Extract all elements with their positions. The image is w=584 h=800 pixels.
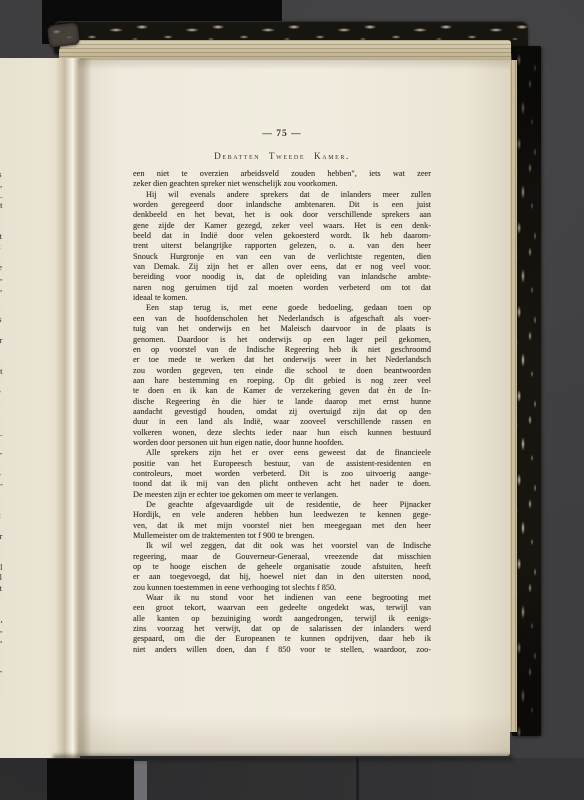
edge-fragment: l- <box>0 470 10 480</box>
edge-fragment: g <box>0 222 10 232</box>
edge-fragment: ij <box>0 687 10 697</box>
body-line: duur in een land als Indië, waar zooveel… <box>133 417 431 427</box>
edge-fragment: n <box>0 253 10 263</box>
edge-fragment: h <box>0 656 10 666</box>
edge-fragment: nt <box>0 201 10 211</box>
edge-fragment: at <box>0 232 10 242</box>
edge-fragment: er <box>0 532 10 542</box>
edge-fragment: d, <box>0 180 10 190</box>
edge-fragment: nl <box>0 563 10 573</box>
edge-fragment: ls <box>0 170 10 180</box>
edge-fragment <box>0 739 10 749</box>
page-text-block: — 75 — Debatten Tweede Kamer. een niet t… <box>133 128 431 655</box>
body-line: zou worden gegeven, ten einde die school… <box>133 366 431 376</box>
edge-fragment: n <box>0 460 10 470</box>
edge-fragment <box>0 604 10 614</box>
edge-fragment: n <box>0 418 10 428</box>
body-line: worden door personen uit hun eigen natie… <box>133 438 431 448</box>
edge-fragment: n <box>0 542 10 552</box>
left-page-edge-text: lsd,n.ntkgatitnlep,o, nis eranotdl-n ng.… <box>0 170 10 749</box>
edge-fragment: e- <box>0 449 10 459</box>
edge-fragment: p, <box>0 273 10 283</box>
body-line: alle kanten op bezuiniging wordt aangedr… <box>133 614 431 624</box>
page-number: — 75 — <box>133 128 431 140</box>
edge-fragment: el <box>0 573 10 583</box>
page-body: een niet te overzien arbeidsveld zouden … <box>133 169 431 655</box>
body-line: bereiding voor noodig is, dat de opleidi… <box>133 272 431 282</box>
book-page: — 75 — Debatten Tweede Kamer. een niet t… <box>77 60 510 756</box>
body-line: volkeren wonen, deze slechts ieder naar … <box>133 428 431 438</box>
body-line: toond dat ik mij van den plicht ontheven… <box>133 479 431 489</box>
edge-fragment: o- <box>0 480 10 490</box>
edge-fragment: n <box>0 439 10 449</box>
edge-fragment: le <box>0 263 10 273</box>
edge-fragment: et <box>0 584 10 594</box>
edge-fragment: k <box>0 501 10 511</box>
edge-fragment: a- <box>0 667 10 677</box>
edge-fragment: it <box>0 511 10 521</box>
edge-fragment: o, <box>0 284 10 294</box>
body-line: Mullemeister om de traktementen tot f 90… <box>133 531 431 541</box>
edge-fragment: g, <box>0 635 10 645</box>
edge-fragment: n <box>0 646 10 656</box>
body-line: er aan toegevoegd, dat hij, hoewel niet … <box>133 572 431 582</box>
body-line: De geachte afgevaardigde uit de resident… <box>133 500 431 510</box>
edge-fragment <box>0 729 10 739</box>
body-line: Snouck Hurgronje en van een van de verli… <box>133 252 431 262</box>
body-line: genomen. Daardoor is het onderwijs op ee… <box>133 335 431 345</box>
body-line: worden geregeerd door inlandsche ambtena… <box>133 200 431 210</box>
body-line: er toe mede te werken dat het onderwijs … <box>133 355 431 365</box>
edge-fragment: n <box>0 677 10 687</box>
body-line: gene zijde der Kamer gezegd, zeker veel … <box>133 221 431 231</box>
body-line: tuig van het onderwijs en het Maleisch d… <box>133 324 431 334</box>
body-line: Hij wil evenals andere sprekers dat de i… <box>133 190 431 200</box>
cover-gap-shadow-bottom <box>47 759 134 800</box>
body-line: regeering, maar de Gouverneur-Generaal, … <box>133 552 431 562</box>
book-scan-photo: lsd,n.ntkgatitnlep,o, nis eranotdl-n ng.… <box>0 0 584 800</box>
body-line: op te hooge eischen de geheele organisat… <box>133 562 431 572</box>
body-line: ven, dat ik met mijn voorstel niet ben m… <box>133 521 431 531</box>
body-line: aandacht gevestigd houden, omdat zij ove… <box>133 407 431 417</box>
edge-fragment: r <box>0 522 10 532</box>
edge-fragment: g. <box>0 429 10 439</box>
body-line: denkbeeld en het bevat, het is ook door … <box>133 210 431 220</box>
edge-fragment: l- <box>0 387 10 397</box>
body-line: een groot tekort, waarvan een gedeelte o… <box>133 603 431 613</box>
body-line: aan hare bestemming en roeping. Op dit g… <box>133 376 431 386</box>
body-line: zeker dien geachten spreker niet wensche… <box>133 179 431 189</box>
spine-headband <box>47 22 80 48</box>
edge-fragment <box>0 708 10 718</box>
edge-fragment: n <box>0 356 10 366</box>
page-bottom-shadow <box>53 753 513 763</box>
body-line: Ik wil wel zeggen, dat dit ook was het v… <box>133 541 431 551</box>
edge-fragment <box>0 408 10 418</box>
edge-fragment: n <box>0 304 10 314</box>
edge-fragment: ij, <box>0 615 10 625</box>
section-heading: Debatten Tweede Kamer. <box>133 150 431 162</box>
edge-fragment: ot <box>0 367 10 377</box>
facing-page-edge: lsd,n.ntkgatitnlep,o, nis eranotdl-n ng.… <box>0 58 80 758</box>
edge-fragment: n <box>0 491 10 501</box>
body-line: niet anders willen doen, dan f 850 voor … <box>133 645 431 655</box>
edge-fragment: n <box>0 398 10 408</box>
edge-fragment <box>0 294 10 304</box>
edge-fragment: ö, <box>0 625 10 635</box>
cradle-strip <box>134 761 147 800</box>
body-line: Waar ik nu stond voor het indienen van e… <box>133 593 431 603</box>
body-line: ideaal te komen. <box>133 293 431 303</box>
edge-fragment: n <box>0 553 10 563</box>
body-line: De meesten zijn er echter toe gekomen om… <box>133 490 431 500</box>
edge-fragment: er <box>0 336 10 346</box>
cradle-seam-line <box>356 758 359 800</box>
body-line: positie van het Europeesch bestuur, van … <box>133 459 431 469</box>
edge-fragment <box>0 718 10 728</box>
body-line: Alle sprekers zijn het er over eens gewe… <box>133 448 431 458</box>
edge-fragment <box>0 698 10 708</box>
body-line: beeld dat in Indië door velen gekoesterd… <box>133 231 431 241</box>
body-line: een niet te overzien arbeidsveld zouden … <box>133 169 431 179</box>
body-line: zins voorzag het verwijt, dat op de sala… <box>133 624 431 634</box>
body-line: Hordijk, en vele anderen hebben hun leed… <box>133 510 431 520</box>
edge-fragment: it <box>0 242 10 252</box>
edge-fragment: a <box>0 346 10 356</box>
edge-fragment <box>0 325 10 335</box>
body-line: controleurs, moet worden verbeterd. Dit … <box>133 469 431 479</box>
edge-fragment: n. <box>0 191 10 201</box>
edge-fragment: k <box>0 211 10 221</box>
body-line: dische Regeering èn die hier te lande da… <box>133 397 431 407</box>
body-line: een van de hoofdenscholen het Nederlands… <box>133 314 431 324</box>
body-line: van Demak. Zij zijn het er allen over ee… <box>133 262 431 272</box>
edge-fragment: o <box>0 594 10 604</box>
body-line: gespaard, om die der Europeanen te kunne… <box>133 634 431 644</box>
body-line: zou kunnen toestemmen in eene verhooging… <box>133 583 431 593</box>
body-line: trent uiterst belangrijke rapporten gele… <box>133 241 431 251</box>
body-line: Een stap terug is, met eene goede bedoel… <box>133 303 431 313</box>
edge-fragment: d <box>0 377 10 387</box>
edge-fragment: is <box>0 315 10 325</box>
body-line: en op voorstel van de Indische Regeering… <box>133 345 431 355</box>
body-line: naren nog geruimen tijd zal moeten worde… <box>133 283 431 293</box>
body-line: te doen en ik kan de Kamer de verzekerin… <box>133 386 431 396</box>
